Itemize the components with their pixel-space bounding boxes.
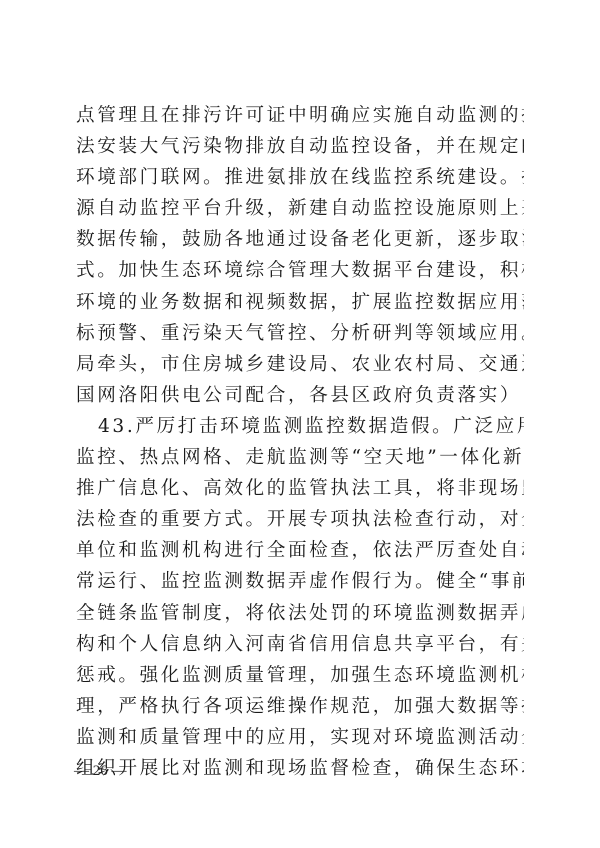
section-heading-line: 43.严厉打击环境监测监控数据造假。广泛应用污染源在线	[76, 411, 524, 442]
text-line: 常运行、监控监测数据弄虚作假行为。健全“事前、事中、事后”	[76, 566, 524, 597]
text-line: 单位和监测机构进行全面检查，依法严厉查处自动监控设备不正	[76, 535, 524, 566]
text-line: 构和个人信息纳入河南省信用信息共享平台，有关部门进行联合	[76, 629, 524, 660]
text-line: 环境的业务数据和视频数据，扩展监控数据应用范围，加强在超	[76, 287, 524, 318]
text-line: 局牵头，市住房城乡建设局、农业农村局、交通运输局、商务局、	[76, 349, 524, 380]
text-line: 推广信息化、高效化的监管执法工具，将非现场监管作为日常执	[76, 473, 524, 504]
text-line: 标预警、重污染天气管控、分析研判等领域应用。（市生态环境	[76, 318, 524, 349]
text-line: 环境部门联网。推进氨排放在线监控系统建设。按要求完成污染	[76, 162, 524, 193]
text-line: 数据传输，鼓励各地通过设备老化更新，逐步取消工控机传输模	[76, 224, 524, 255]
text-line: 法安装大气污染物排放自动监控设备，并在规定的期限内与生态	[76, 131, 524, 162]
text-line: 源自动监控平台升级，新建自动监控设施原则上采用数采仪进行	[76, 193, 524, 224]
text-line: 组织开展比对监测和现场监督检查，确保生态环境监测数据真	[76, 753, 524, 784]
text-line: 监控、热点网格、走航监测等“空天地”一体化新技术新装备，	[76, 442, 524, 473]
text-line: 国网洛阳供电公司配合，各县区政府负责落实）	[76, 380, 524, 411]
text-line: 式。加快生态环境综合管理大数据平台建设，积极共享涉及生态	[76, 255, 524, 286]
document-page: 点管理且在排污许可证中明确应实施自动监测的排污单位，要依 法安装大气污染物排放自…	[0, 0, 600, 848]
text-line: 全链条监管制度，将依法处罚的环境监测数据弄虚作假企业、机	[76, 598, 524, 629]
text-line: 法检查的重要方式。开展专项执法检查行动，对全市重点排污染	[76, 504, 524, 535]
text-line: 点管理且在排污许可证中明确应实施自动监测的排污单位，要依	[76, 100, 524, 131]
page-number: — 26 —	[74, 763, 127, 780]
text-line: 惩戒。强化监测质量管理，加强生态环境监测机构和运维人员管	[76, 660, 524, 691]
body-text: 点管理且在排污许可证中明确应实施自动监测的排污单位，要依 法安装大气污染物排放自…	[76, 100, 526, 784]
text-line: 监测和质量管理中的应用，实现对环境监测活动全程综合监控，	[76, 722, 524, 753]
text-line: 理，严格执行各项运维操作规范，加强大数据等技术手段在环境	[76, 691, 524, 722]
